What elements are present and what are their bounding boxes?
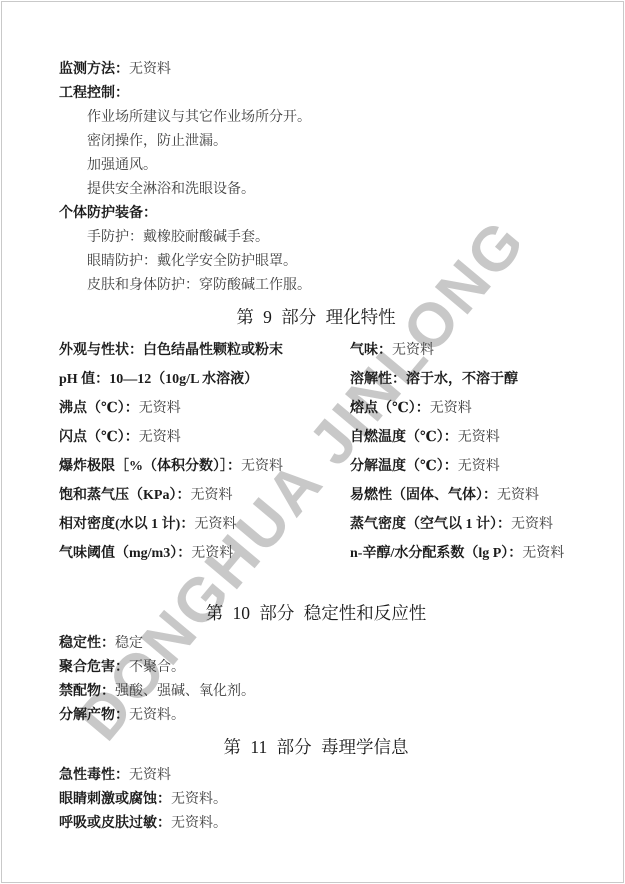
exposure-control-row: 手防护：戴橡胶耐酸碱手套。	[59, 226, 573, 250]
physical-property-row: 沸点（℃）：无资料	[59, 394, 350, 423]
field-value: 提供安全淋浴和洗眼设备。	[87, 182, 255, 197]
exposure-control-row: 密闭操作，防止泄漏。	[59, 130, 573, 154]
field-value: 无资料	[241, 459, 283, 474]
section-10-heading: 第 10 部分 稳定性和反应性	[59, 600, 573, 626]
field-value: 无资料	[497, 488, 539, 503]
section-9-heading: 第 9 部分 理化特性	[59, 304, 573, 330]
field-label: 禁配物：	[59, 684, 115, 699]
physical-property-row: 熔点（℃）：无资料	[350, 394, 573, 423]
field-label: 溶解性：	[350, 372, 406, 387]
field-label: 闪点（℃）：	[59, 430, 139, 445]
physical-property-row: 自燃温度（℃）：无资料	[350, 423, 573, 452]
physical-property-row: 爆炸极限［%（体积分数）］：无资料	[59, 452, 350, 481]
field-value: 无资料	[458, 430, 500, 445]
field-value: 密闭操作，防止泄漏。	[87, 134, 227, 149]
exposure-control-row: 个体防护装备：	[59, 202, 573, 226]
field-label: 急性毒性：	[59, 768, 129, 783]
field-value: 无资料	[191, 546, 233, 561]
field-label: 气味：	[350, 343, 392, 358]
field-label: pH 值：	[59, 372, 109, 387]
field-value: 强酸、强碱、氧化剂。	[115, 684, 255, 699]
toxicology-row: 眼睛刺激或腐蚀：无资料。	[59, 788, 573, 812]
stability-row: 聚合危害：不聚合。	[59, 656, 573, 680]
physical-property-row: 外观与性状：白色结晶性颗粒或粉末	[59, 336, 350, 365]
field-value: 无资料	[139, 430, 181, 445]
field-value: 不聚合。	[129, 660, 185, 675]
exposure-control-row: 作业场所建议与其它作业场所分开。	[59, 106, 573, 130]
physical-properties-grid: 外观与性状：白色结晶性颗粒或粉末pH 值：10—12（10g/L 水溶液）沸点（…	[59, 336, 573, 568]
field-value: 无资料	[194, 517, 236, 532]
field-value: 无资料	[511, 517, 553, 532]
field-value: 无资料。	[171, 816, 227, 831]
field-label: 饱和蒸气压（KPa）：	[59, 488, 190, 503]
field-label: 分解产物：	[59, 708, 129, 723]
field-label: 监测方法：	[59, 62, 129, 77]
document-page: DONGHUA JINLONG 监测方法：无资料工程控制：作业场所建议与其它作业…	[1, 1, 624, 883]
physical-properties-right-column: 气味：无资料溶解性：溶于水，不溶于醇熔点（℃）：无资料自燃温度（℃）：无资料分解…	[350, 336, 573, 568]
exposure-control-row: 工程控制：	[59, 82, 573, 106]
field-label: 熔点（℃）：	[350, 401, 430, 416]
section-11-heading: 第 11 部分 毒理学信息	[59, 734, 573, 760]
exposure-control-row: 皮肤和身体防护：穿防酸碱工作服。	[59, 274, 573, 298]
field-label: 易燃性（固体、气体）：	[350, 488, 497, 503]
field-label: 稳定性：	[59, 636, 115, 651]
field-value: 作业场所建议与其它作业场所分开。	[87, 110, 311, 125]
physical-property-row: 气味阈值（mg/m3）：无资料	[59, 539, 350, 568]
physical-property-row: 气味：无资料	[350, 336, 573, 365]
field-value: 无资料	[458, 459, 500, 474]
exposure-controls-lines: 监测方法：无资料工程控制：作业场所建议与其它作业场所分开。密闭操作，防止泄漏。加…	[59, 58, 573, 298]
field-value: 眼睛防护：戴化学安全防护眼罩。	[87, 254, 297, 269]
field-value: 无资料	[430, 401, 472, 416]
field-label: 爆炸极限［%（体积分数）］：	[59, 459, 241, 474]
field-value: 无资料	[129, 768, 171, 783]
field-label: 个体防护装备：	[59, 206, 157, 221]
field-value: 加强通风。	[87, 158, 157, 173]
physical-property-row: n-辛醇/水分配系数（lg P）：无资料	[350, 539, 573, 568]
physical-property-row: 溶解性：溶于水，不溶于醇	[350, 365, 573, 394]
physical-property-row: 饱和蒸气压（KPa）：无资料	[59, 481, 350, 510]
exposure-control-row: 加强通风。	[59, 154, 573, 178]
field-label: 呼吸或皮肤过敏：	[59, 816, 171, 831]
field-value: 白色结晶性颗粒或粉末	[143, 343, 283, 358]
physical-property-row: 闪点（℃）：无资料	[59, 423, 350, 452]
physical-property-row: pH 值：10—12（10g/L 水溶液）	[59, 365, 350, 394]
field-value: 无资料	[522, 546, 564, 561]
toxicology-row: 呼吸或皮肤过敏：无资料。	[59, 812, 573, 836]
field-label: 眼睛刺激或腐蚀：	[59, 792, 171, 807]
field-value: 10—12（10g/L 水溶液）	[109, 372, 258, 387]
stability-row: 禁配物：强酸、强碱、氧化剂。	[59, 680, 573, 704]
stability-row: 分解产物：无资料。	[59, 704, 573, 728]
exposure-control-row: 眼睛防护：戴化学安全防护眼罩。	[59, 250, 573, 274]
field-label: 分解温度（℃）：	[350, 459, 458, 474]
physical-property-row: 蒸气密度（空气以 1 计）：无资料	[350, 510, 573, 539]
field-label: 外观与性状：	[59, 343, 143, 358]
field-label: 蒸气密度（空气以 1 计）：	[350, 517, 511, 532]
field-value: 皮肤和身体防护：穿防酸碱工作服。	[87, 278, 311, 293]
exposure-control-row: 监测方法：无资料	[59, 58, 573, 82]
field-label: n-辛醇/水分配系数（lg P）：	[350, 546, 522, 561]
physical-properties-left-column: 外观与性状：白色结晶性颗粒或粉末pH 值：10—12（10g/L 水溶液）沸点（…	[59, 336, 350, 568]
field-label: 工程控制：	[59, 86, 129, 101]
page-content: 监测方法：无资料工程控制：作业场所建议与其它作业场所分开。密闭操作，防止泄漏。加…	[2, 2, 623, 836]
toxicology-lines: 急性毒性：无资料眼睛刺激或腐蚀：无资料。呼吸或皮肤过敏：无资料。	[59, 764, 573, 836]
field-value: 稳定	[115, 636, 143, 651]
stability-row: 稳定性：稳定	[59, 632, 573, 656]
field-label: 气味阈值（mg/m3）：	[59, 546, 191, 561]
field-label: 自燃温度（℃）：	[350, 430, 458, 445]
field-value: 手防护：戴橡胶耐酸碱手套。	[87, 230, 269, 245]
physical-property-row: 相对密度(水以 1 计)：无资料	[59, 510, 350, 539]
field-value: 无资料。	[129, 708, 185, 723]
exposure-control-row: 提供安全淋浴和洗眼设备。	[59, 178, 573, 202]
field-value: 无资料	[139, 401, 181, 416]
toxicology-row: 急性毒性：无资料	[59, 764, 573, 788]
field-label: 相对密度(水以 1 计)：	[59, 517, 194, 532]
field-value: 无资料	[190, 488, 232, 503]
field-value: 无资料	[392, 343, 434, 358]
field-label: 聚合危害：	[59, 660, 129, 675]
stability-reactivity-lines: 稳定性：稳定聚合危害：不聚合。禁配物：强酸、强碱、氧化剂。分解产物：无资料。	[59, 632, 573, 728]
field-value: 无资料。	[171, 792, 227, 807]
field-value: 溶于水，不溶于醇	[406, 372, 518, 387]
field-label: 沸点（℃）：	[59, 401, 139, 416]
physical-property-row: 易燃性（固体、气体）：无资料	[350, 481, 573, 510]
field-value: 无资料	[129, 62, 171, 77]
physical-property-row: 分解温度（℃）：无资料	[350, 452, 573, 481]
